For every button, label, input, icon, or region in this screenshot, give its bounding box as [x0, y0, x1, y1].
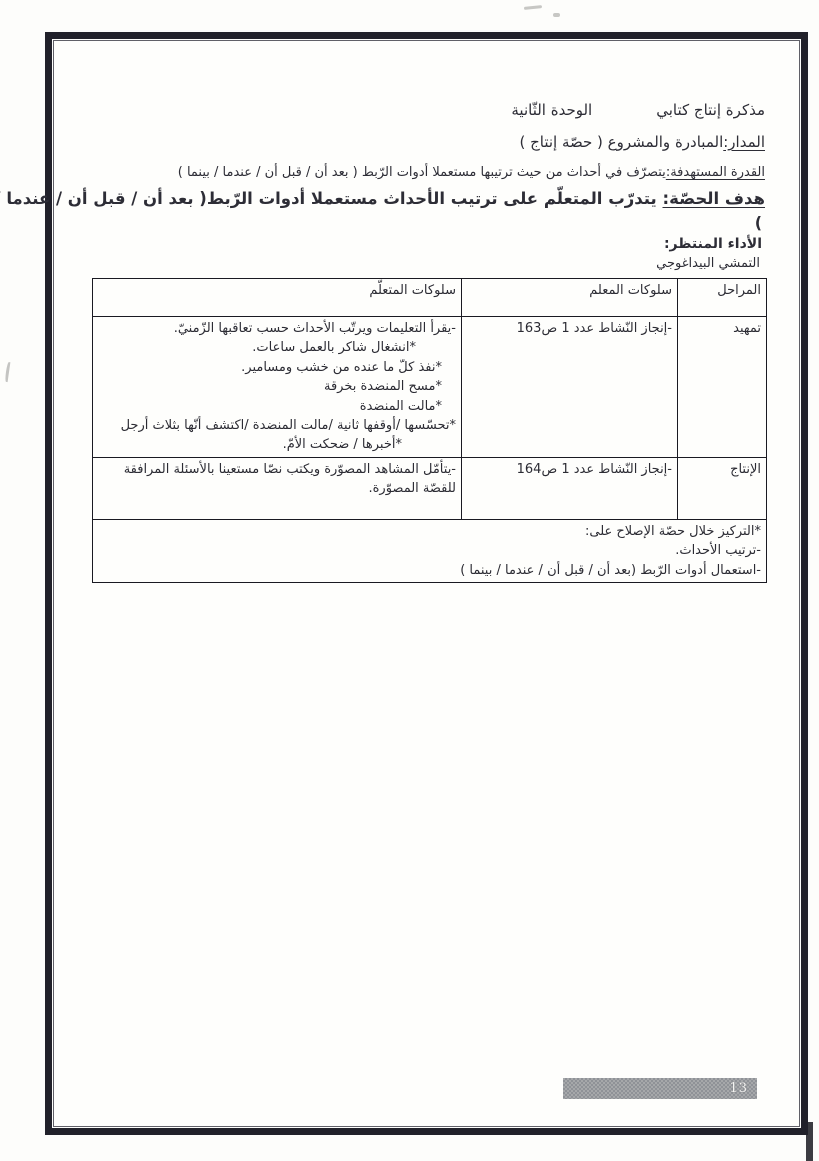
scan-artifact — [5, 362, 11, 382]
pedagogical-approach-line: التمشي البيداغوجي — [656, 256, 760, 271]
goal-wrapped-parenthesis: ( — [755, 213, 762, 232]
expected-performance-line: الأداء المنتظر: — [664, 236, 762, 252]
learner-cell: -يقرأ التعليمات ويرتّب الأحداث حسب تعاقب… — [93, 317, 462, 458]
teacher-cell: -إنجاز النّشاط عدد 1 ص164 — [462, 457, 678, 519]
footer-line: *التركيز خلال حصّة الإصلاح على: — [97, 522, 761, 541]
scan-artifact — [553, 13, 560, 17]
table-row: الإنتاج -إنجاز النّشاط عدد 1 ص164 -يتأمّ… — [93, 457, 767, 519]
teacher-cell: -إنجاز النّشاط عدد 1 ص163 — [462, 317, 678, 458]
unit-title: الوحدة الثّانية — [511, 101, 592, 119]
stage-cell: تمهيد — [678, 317, 767, 458]
madar-line: المدار:المبادرة والمشروع ( حصّة إنتاج ) — [519, 133, 765, 151]
learner-line: -يقرأ التعليمات ويرتّب الأحداث حسب تعاقب… — [97, 319, 456, 338]
learner-line: *مالت المنضدة — [97, 397, 456, 416]
goal-value: يتدرّب المتعلّم على ترتيب الأحداث مستعمل… — [0, 189, 663, 208]
learner-line: *انشغال شاكر بالعمل ساعات. — [97, 338, 456, 357]
learner-cell: -يتأمّل المشاهد المصوّرة ويكتب نصّا مستع… — [93, 457, 462, 519]
madar-label: المدار: — [723, 133, 765, 151]
table-row: تمهيد -إنجاز النّشاط عدد 1 ص163 -يقرأ ال… — [93, 317, 767, 458]
page-number: 13 — [729, 1081, 748, 1096]
header-stages: المراحل — [678, 279, 767, 317]
capacity-label: القدرة المستهدفة: — [666, 165, 765, 180]
footer-line: -استعمال أدوات الرّبط (بعد أن / قبل أن /… — [97, 561, 761, 580]
header-learner-behaviors: سلوكات المتعلّم — [93, 279, 462, 317]
madar-value: المبادرة والمشروع ( حصّة إنتاج ) — [519, 133, 723, 151]
stage-cell: الإنتاج — [678, 457, 767, 519]
lesson-plan-table: المراحل سلوكات المعلم سلوكات المتعلّم تم… — [92, 278, 767, 583]
scan-artifact — [524, 5, 542, 10]
header-teacher-behaviors: سلوكات المعلم — [462, 279, 678, 317]
scanned-page: مذكرة إنتاج كتابي الوحدة الثّانية المدار… — [0, 0, 819, 1161]
learner-line: -يتأمّل المشاهد المصوّرة ويكتب نصّا مستع… — [97, 460, 456, 479]
session-goal-line: هدف الحصّة: يتدرّب المتعلّم على ترتيب ال… — [0, 189, 765, 208]
memo-title: مذكرة إنتاج كتابي — [656, 101, 765, 119]
table-footer-row: *التركيز خلال حصّة الإصلاح على: -ترتيب ا… — [93, 519, 767, 582]
footer-line: -ترتيب الأحداث. — [97, 541, 761, 560]
learner-line: *تحسّسها /أوقفها ثانية /مالت المنضدة /اك… — [97, 416, 456, 435]
learner-line: *مسح المنضدة بخرقة — [97, 377, 456, 396]
learner-line: للقصّة المصوّرة. — [97, 479, 456, 498]
page-number-bar: 13 — [563, 1078, 757, 1099]
goal-label: هدف الحصّة: — [663, 189, 766, 208]
capacity-value: يتصرّف في أحداث من حيث ترتيبها مستعملا أ… — [178, 165, 666, 180]
document-title-row: مذكرة إنتاج كتابي الوحدة الثّانية — [511, 101, 765, 119]
learner-line: *نفذ كلّ ما عنده من خشب ومسامير. — [97, 358, 456, 377]
table-header-row: المراحل سلوكات المعلم سلوكات المتعلّم — [93, 279, 767, 317]
learner-line: *أخبرها / ضحكت الأمّ. — [97, 435, 456, 454]
correction-focus-cell: *التركيز خلال حصّة الإصلاح على: -ترتيب ا… — [93, 519, 767, 582]
target-capacity-line: القدرة المستهدفة:يتصرّف في أحداث من حيث … — [178, 165, 765, 180]
